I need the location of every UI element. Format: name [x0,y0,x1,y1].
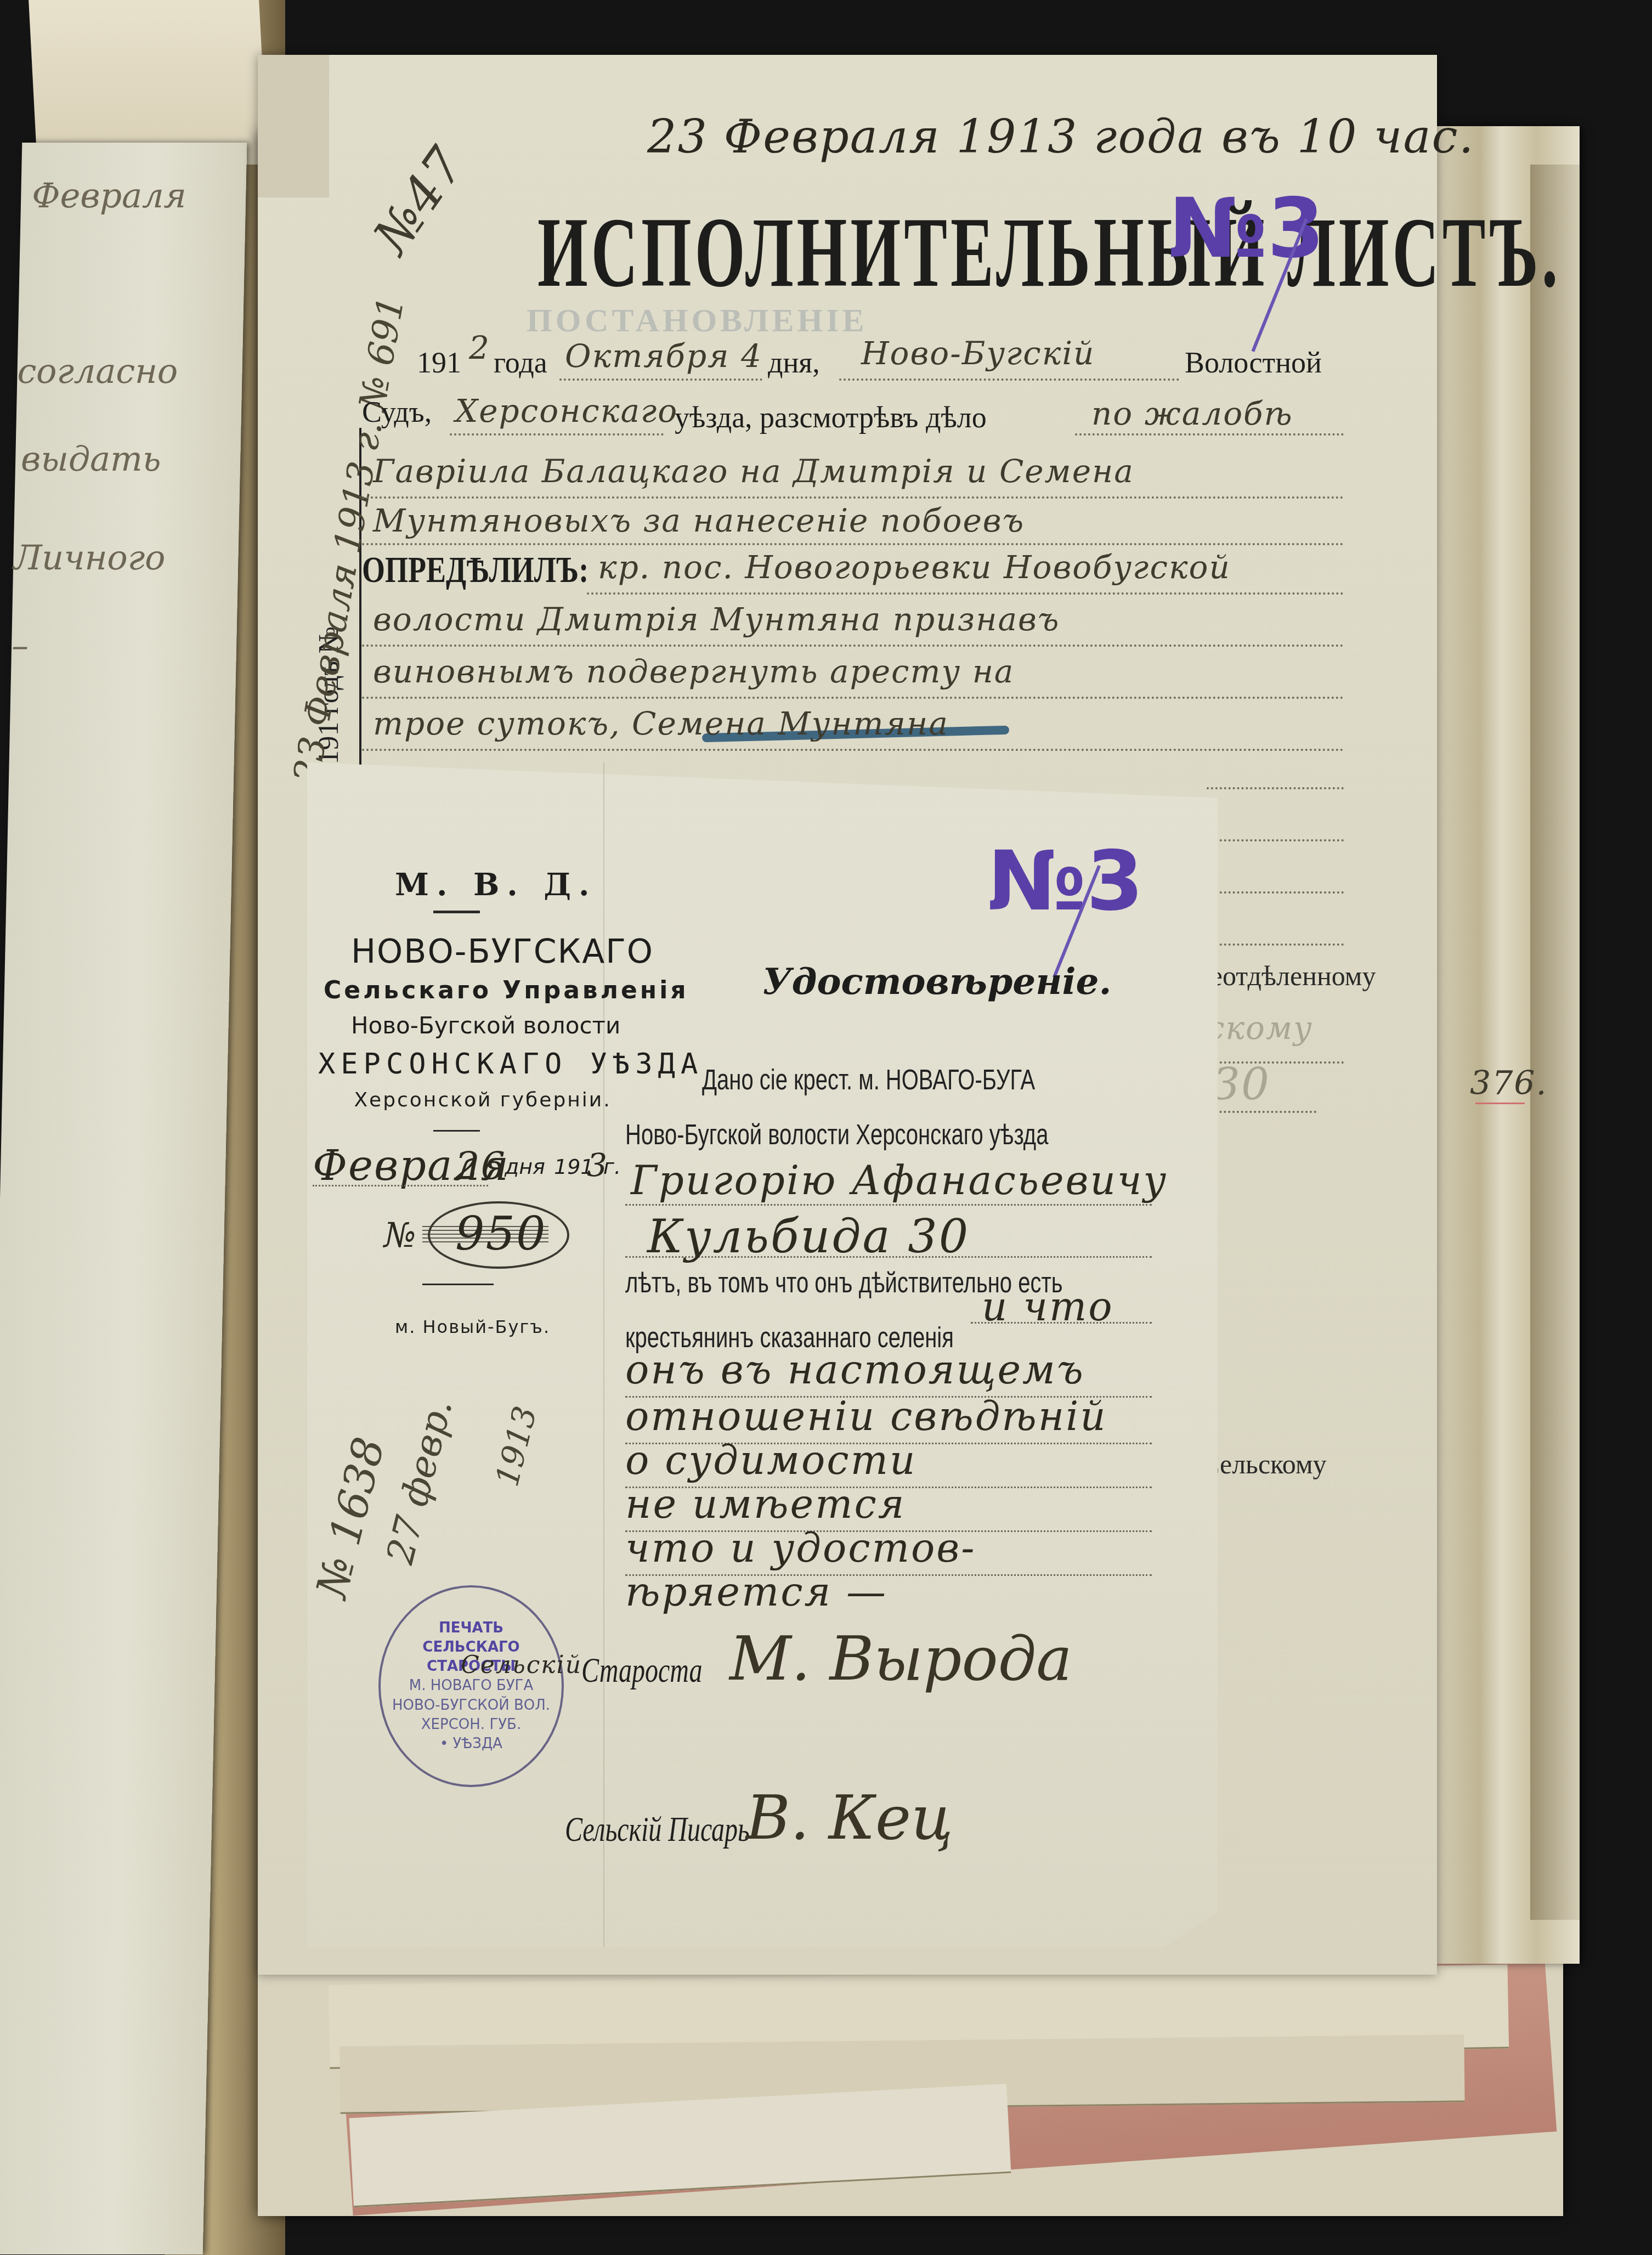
court-hand: Ново-Бугскій [861,335,1095,372]
year-printed: 191 [417,346,461,380]
left-sheet-hand-line: Февраля [32,176,187,216]
cert-body-line: Дано сіе крест. м. НОВАГО-БУГА [702,1064,1035,1097]
stamp-line: ПЕЧАТЬ [381,1619,562,1638]
cert-hand-line: не имѣется [625,1481,906,1527]
underlying-word: неотдѣленному [1196,960,1376,992]
header-uezd: ХЕРСОНСКАГО УѢЗДА [318,1048,625,1081]
header-volost: Ново-Бугской волости [351,1012,614,1039]
dnya-label: дня, [768,346,820,380]
plaintiff-line: Гаврiила Балацкаго на Дмитрiя и Семена [373,453,1134,490]
goda-label: года [494,346,547,380]
header-authority: НОВО-БУГСКАГО [351,932,614,971]
holder-name: Григорію Афанасьевичу [631,1157,1168,1203]
left-sheet-hand-line: – [11,625,29,665]
official-stamp: ПЕЧАТЬ СЕЛЬСКАГО СТАРОСТЫ М. НОВАГО БУГА… [378,1585,564,1787]
header-administration: Сельскаго Управленія [324,976,631,1004]
dotted-field [559,378,762,381]
ruling-line: трое сутокъ, Семена Мунтяна [373,705,949,742]
underlying-hand: скому [1207,1009,1313,1047]
certificate-number: 950 [455,1207,546,1261]
pisar-label: Сельскій Писарь [565,1810,750,1850]
underlying-hand-number: 30 [1212,1059,1270,1110]
dotted-field [1207,943,1344,946]
left-sheet-hand-line: согласно [17,351,178,391]
top-date-annotation: 23 Февраля 1913 года въ 10 час. [647,110,1474,163]
holder-surname-age: Кульбида 30 [647,1210,970,1263]
cert-dnya: дня [505,1155,545,1179]
number-label: № [384,1215,417,1255]
ruling-line: волости Дмитрiя Мунтяна признавъ [373,601,1060,638]
stamp-overwrite-hand: Сельскій [461,1651,582,1679]
uezd-hand: Херсонскаго [455,392,678,429]
certificate-title: Удостовѣреніе. [762,960,1111,1003]
ruling-line: виновнымъ подвергнуть аресту на [373,653,1014,690]
header-rule [433,911,480,913]
dotted-field [1075,433,1344,436]
cert-hand-line: что и удостов- [625,1525,976,1571]
header-guberniya: Херсонской губерніи. [351,1089,614,1111]
cert-body-line: Ново-Бугской волости Херсонскаго уѣзда [625,1119,1048,1151]
stamp-line: ХЕРСОН. ГУБ. [381,1715,562,1734]
dotted-field [1207,891,1344,894]
dotted-field [362,697,1344,699]
opredelil-label: ОПРЕДѢЛИЛЪ: [362,549,589,591]
starosta-signature: М. Вырода [729,1624,1072,1694]
dotted-field [587,592,1344,595]
cert-day-hand: 26 [455,1144,506,1189]
underlying-word: Сельскому [1201,1448,1327,1480]
dotted-field [1207,1111,1316,1113]
stamp-line: НОВО-БУГСКОЙ ВОЛ. [381,1696,562,1715]
cert-hand-line: ѣряется — [625,1569,887,1615]
place-rule [422,1284,494,1285]
case-hand: по жалобѣ [1091,395,1293,432]
dotted-field [450,433,664,436]
right-paper-edge [1530,165,1580,1920]
cert-hand-line: о судимости [625,1437,916,1483]
cert-hand-inline: и что [982,1284,1114,1330]
ruling-first-line: кр. пос. Новогорьевки Новобугской [598,549,1231,586]
header-rule [433,1130,480,1132]
sheet-corner [258,55,329,197]
cert-g: г. [603,1155,621,1179]
dotted-field [362,645,1344,647]
header-mvd: М. В. Д. [395,867,570,903]
dotted-field [362,543,1344,545]
document-title: ИСПОЛНИТЕЛЬНЫЙ ЛИСТЪ. [538,195,1561,310]
cert-purple-mark: №3 [987,834,1144,929]
stamp-line: • УѢЗДА [381,1734,562,1754]
sud-label: Судъ, [362,395,432,429]
dotted-field [313,1185,488,1186]
volostnoy-label: Волостной [1185,346,1322,380]
charge-line: Мунтяновыхъ за нанесеніе побоевъ [373,502,1025,539]
dotted-field [362,496,1344,499]
year-hand: 2 [469,329,490,366]
left-sheet-hand-line: выдать [20,439,161,479]
cert-hand-line: онъ въ настоящемъ [625,1347,1085,1393]
red-underline [1475,1103,1525,1104]
dotted-field [839,378,1179,381]
starosta-label: Староста [581,1651,703,1691]
date-hand: Октября 4 [565,337,762,375]
dotted-field [1207,839,1344,841]
dotted-field [625,1204,1152,1206]
pisar-signature: В. Кец [746,1783,953,1853]
stamp-line: М. НОВАГО БУГА [381,1676,562,1696]
left-top-paper-strip [29,0,268,165]
left-sheet-hand-line: Личного [13,538,166,578]
dotted-field [1207,787,1344,789]
margin-file-number: 376. [1470,1064,1548,1103]
place-label: м. Новый-Бугъ. [395,1316,550,1337]
uezd-printed: уѣзда, разсмотрѣвъ дѣло [675,400,987,434]
dotted-field [362,749,1344,751]
cert-hand-line: отношеніи свѣдѣній [625,1393,1107,1439]
